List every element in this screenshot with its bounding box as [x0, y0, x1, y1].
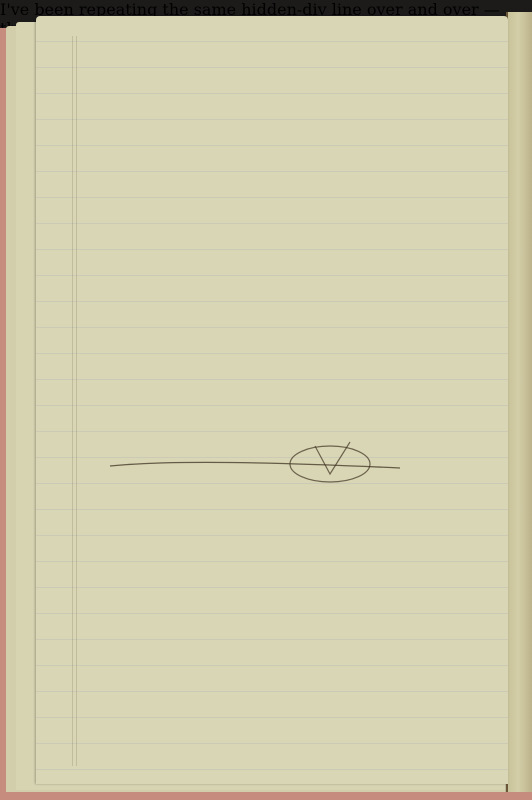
manuscript-page: [36, 16, 508, 784]
margin-rule: [76, 36, 77, 766]
facing-page-edge: [506, 12, 532, 792]
margin-rule: [72, 36, 73, 766]
signature-flourish: [110, 436, 410, 496]
